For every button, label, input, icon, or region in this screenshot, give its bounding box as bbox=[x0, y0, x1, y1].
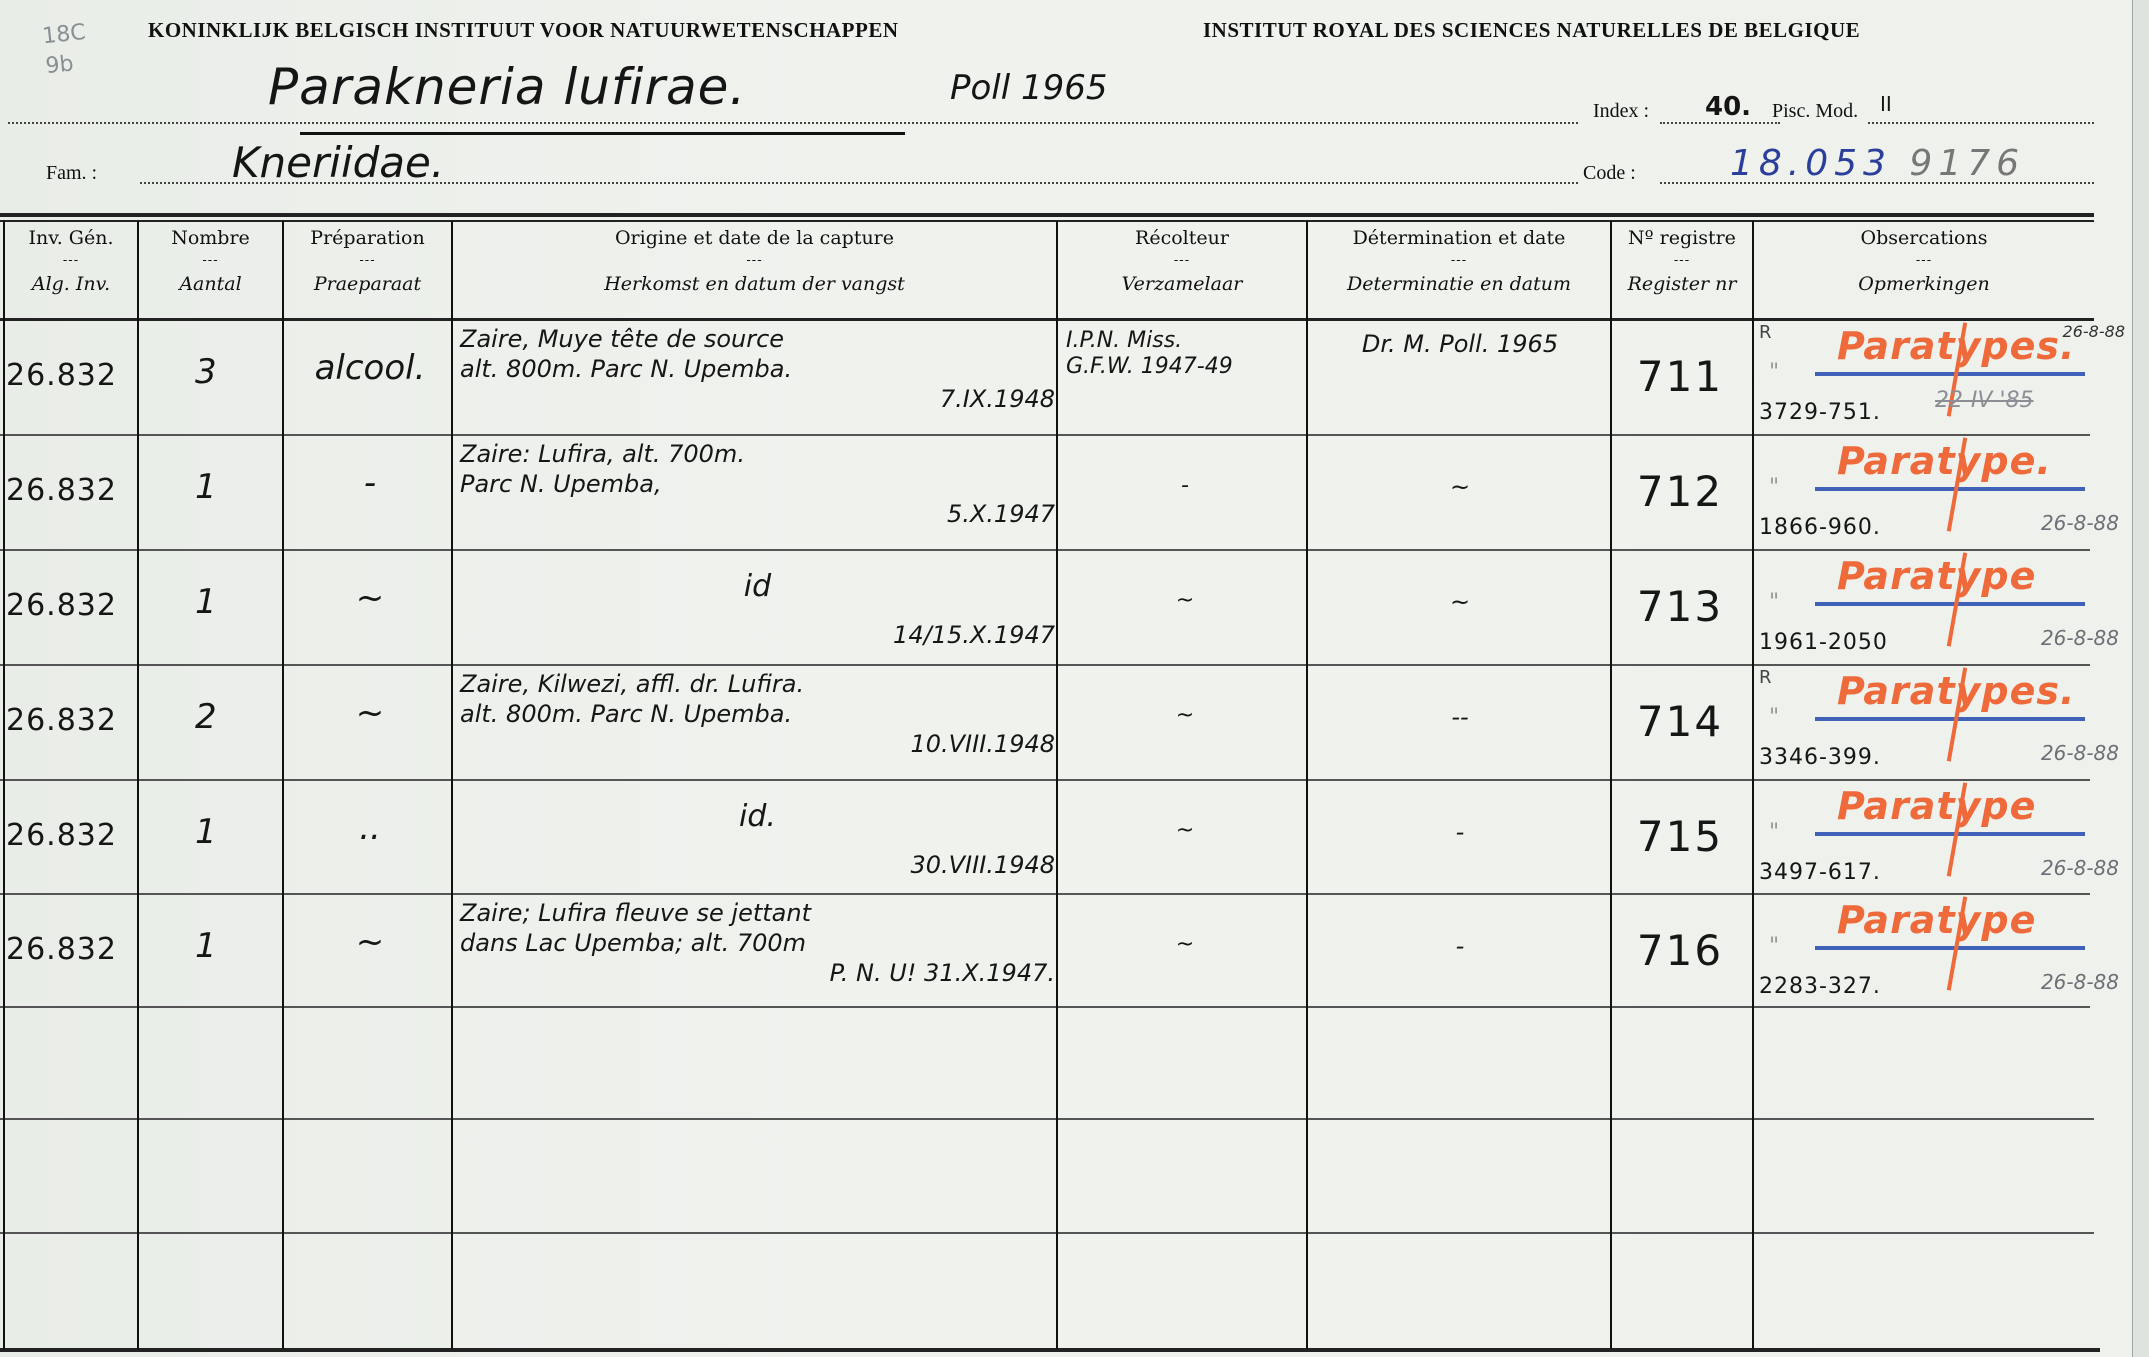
capture-date: 7.IX.1948 bbox=[460, 384, 1055, 414]
collector-text: ~ bbox=[1060, 703, 1310, 729]
type-status: Paratype bbox=[1837, 554, 2036, 598]
header-nl: Register nr bbox=[1612, 272, 1752, 296]
capture-date: P. N. U! 31.X.1947. bbox=[460, 958, 1055, 988]
family-value: Kneriidae. bbox=[232, 138, 444, 187]
origin-text: Zaire, Kilwezi, affl. dr. Lufira. bbox=[460, 669, 1055, 699]
blue-underline bbox=[1815, 372, 2085, 376]
collector-text: ~ bbox=[1060, 588, 1310, 614]
collector-text: G.F.W. 1947-49 bbox=[1066, 354, 1316, 380]
blue-underline bbox=[1815, 832, 2085, 836]
header-nl: Praeparaat bbox=[284, 272, 451, 296]
row-rule bbox=[0, 434, 2090, 436]
annotation-date: 26-8-88 bbox=[2041, 856, 2119, 880]
header-determination: Détermination et date --- Determinatie e… bbox=[1308, 222, 1610, 318]
collector-text: I.P.N. Miss. bbox=[1066, 328, 1316, 354]
determination: - bbox=[1310, 818, 1610, 846]
table-row: 26.8321~id14/15.X.1947~~713"Paratype1961… bbox=[0, 552, 2100, 664]
header-inv: Inv. Gén. --- Alg. Inv. bbox=[5, 222, 137, 318]
species-author: Poll 1965 bbox=[950, 68, 1108, 108]
register-number: 712 bbox=[1615, 467, 1745, 516]
origin-text: id. bbox=[460, 802, 1055, 832]
ditto-mark: " bbox=[1769, 820, 1779, 845]
header-fr: Récolteur bbox=[1058, 226, 1306, 250]
row-rule bbox=[0, 664, 2090, 666]
register-number: 716 bbox=[1615, 926, 1745, 975]
header-fr: Nombre bbox=[139, 226, 282, 250]
observations: R"Paratypes.3346-399.26-8-88 bbox=[1755, 667, 2125, 779]
header-sep: --- bbox=[139, 254, 282, 268]
code-value-blue: 18.053 bbox=[1730, 143, 1892, 184]
origin-and-date: id.30.VIII.1948 bbox=[460, 784, 1055, 880]
institute-name-fr: INSTITUT ROYAL DES SCIENCES NATURELLES D… bbox=[1203, 18, 1860, 43]
table-top-rule bbox=[0, 213, 2094, 217]
preparation: ~ bbox=[300, 578, 440, 618]
row-rule bbox=[0, 1232, 2094, 1234]
table-row: 26.8322~Zaire, Kilwezi, affl. dr. Lufira… bbox=[0, 667, 2100, 779]
observations: "Paratype3497-617.26-8-88 bbox=[1755, 782, 2125, 894]
collector: ~ bbox=[1060, 932, 1310, 958]
header-nl: Verzamelaar bbox=[1058, 272, 1306, 296]
collector: ~ bbox=[1060, 703, 1310, 729]
origin-text: Zaire: Lufira, alt. 700m. bbox=[460, 439, 1055, 469]
pisc-mod-value: II bbox=[1880, 92, 1892, 116]
header-sep: --- bbox=[1612, 254, 1752, 268]
family-label: Fam. : bbox=[46, 162, 97, 185]
header-fr: Préparation bbox=[284, 226, 451, 250]
header-fr: Nº registre bbox=[1612, 226, 1752, 250]
margin-note-line: 9b bbox=[44, 48, 90, 82]
catalog-range: 1961-2050 bbox=[1759, 630, 1888, 655]
header-count: Nombre --- Aantal bbox=[139, 222, 282, 318]
header-sep: --- bbox=[1308, 254, 1610, 268]
pisc-mod-dotline bbox=[1868, 122, 2094, 124]
row-rule bbox=[0, 1118, 2094, 1120]
determination: -- bbox=[1310, 703, 1610, 731]
annotation-date: 26-8-88 bbox=[2041, 970, 2119, 994]
specimen-card: 18C 9b KONINKLIJK BELGISCH INSTITUUT VOO… bbox=[0, 0, 2149, 1357]
blue-underline bbox=[1815, 717, 2085, 721]
inv-number: 26.832 bbox=[6, 588, 117, 623]
index-label: Index : bbox=[1593, 100, 1649, 123]
type-status: Paratype bbox=[1837, 898, 2036, 942]
table-row: 26.8321~Zaire; Lufira fleuve se jettantd… bbox=[0, 896, 2100, 1008]
origin-and-date: Zaire: Lufira, alt. 700m.Parc N. Upemba,… bbox=[460, 439, 1055, 529]
catalog-range: 3729-751. bbox=[1759, 400, 1881, 425]
preparation: .. bbox=[300, 808, 440, 848]
origin-and-date: Zaire, Muye tête de sourcealt. 800m. Par… bbox=[460, 324, 1055, 414]
inv-number: 26.832 bbox=[6, 358, 117, 393]
origin-text: alt. 800m. Parc N. Upemba. bbox=[460, 354, 1055, 384]
header-register: Nº registre --- Register nr bbox=[1612, 222, 1752, 318]
code-value-grey: 9176 bbox=[1909, 143, 2025, 184]
origin-text: alt. 800m. Parc N. Upemba. bbox=[460, 699, 1055, 729]
origin-and-date: id14/15.X.1947 bbox=[460, 554, 1055, 650]
register-number: 715 bbox=[1615, 812, 1745, 861]
blue-underline bbox=[1815, 487, 2085, 491]
observations: "Paratype2283-327.26-8-88 bbox=[1755, 896, 2125, 1008]
header-nl: Herkomst en datum der vangst bbox=[453, 272, 1056, 296]
margin-note-line: 18C bbox=[41, 18, 87, 52]
capture-date: 5.X.1947 bbox=[460, 499, 1055, 529]
header-observations: Obsercations --- Opmerkingen bbox=[1754, 222, 2094, 318]
header-sep: --- bbox=[284, 254, 451, 268]
annotation-date: 26-8-88 bbox=[2041, 511, 2119, 535]
blue-underline bbox=[1815, 602, 2085, 606]
row-rule bbox=[0, 779, 2090, 781]
header-sep: --- bbox=[453, 254, 1056, 268]
header-collector: Récolteur --- Verzamelaar bbox=[1058, 222, 1306, 318]
index-dotline bbox=[1660, 122, 1780, 124]
collector-text: - bbox=[1060, 473, 1310, 499]
origin-text: Zaire, Muye tête de source bbox=[460, 324, 1055, 354]
catalog-range: 3497-617. bbox=[1759, 860, 1881, 885]
specimen-count: 1 bbox=[195, 467, 217, 507]
collector: I.P.N. Miss.G.F.W. 1947-49 bbox=[1060, 328, 1316, 380]
header-sep: --- bbox=[1058, 254, 1306, 268]
inv-number: 26.832 bbox=[6, 703, 117, 738]
specimen-count: 1 bbox=[195, 812, 217, 852]
preparation: alcool. bbox=[300, 348, 440, 388]
table-row: 26.8321..id.30.VIII.1948~-715"Paratype34… bbox=[0, 782, 2100, 894]
determination: ~ bbox=[1310, 473, 1610, 501]
header-nl: Determinatie en datum bbox=[1308, 272, 1610, 296]
header-nl: Opmerkingen bbox=[1754, 272, 2094, 296]
preparation: - bbox=[300, 463, 440, 503]
ditto-mark: " bbox=[1769, 475, 1779, 500]
row-rule bbox=[0, 549, 2090, 551]
type-status: Paratype bbox=[1837, 784, 2036, 828]
catalog-range: 1866-960. bbox=[1759, 515, 1881, 540]
preparation: ~ bbox=[300, 693, 440, 733]
collector: ~ bbox=[1060, 818, 1310, 844]
table-bottom-rule bbox=[0, 1348, 2100, 1352]
inv-number: 26.832 bbox=[6, 818, 117, 853]
register-number: 714 bbox=[1615, 697, 1745, 746]
origin-text: Parc N. Upemba, bbox=[460, 469, 1055, 499]
catalog-range: 3346-399. bbox=[1759, 745, 1881, 770]
header-sep: --- bbox=[5, 254, 137, 268]
specimen-count: 2 bbox=[195, 697, 217, 737]
header-fr: Détermination et date bbox=[1308, 226, 1610, 250]
inv-number: 26.832 bbox=[6, 473, 117, 508]
origin-text: Zaire; Lufira fleuve se jettant bbox=[460, 898, 1055, 928]
capture-date: 30.VIII.1948 bbox=[460, 850, 1055, 880]
annotation-date: 26-8-88 bbox=[2063, 322, 2125, 341]
header-nl: Alg. Inv. bbox=[5, 272, 137, 296]
species-underline bbox=[300, 132, 905, 135]
header-fr: Inv. Gén. bbox=[5, 226, 137, 250]
code-value: 18.053 9176 bbox=[1730, 143, 2025, 184]
r-mark: R bbox=[1759, 322, 1772, 343]
collector: ~ bbox=[1060, 588, 1310, 614]
observations: "Paratype1961-205026-8-88 bbox=[1755, 552, 2125, 664]
specimen-count: 1 bbox=[195, 582, 217, 622]
ditto-mark: " bbox=[1769, 934, 1779, 959]
determination: Dr. M. Poll. 1965 bbox=[1310, 330, 1610, 358]
institute-name-nl: KONINKLIJK BELGISCH INSTITUUT VOOR NATUU… bbox=[148, 18, 899, 43]
collector-text: ~ bbox=[1060, 932, 1310, 958]
annotation-date: 26-8-88 bbox=[2041, 626, 2119, 650]
header-origin: Origine et date de la capture --- Herkom… bbox=[453, 222, 1056, 318]
header-nl: Aantal bbox=[139, 272, 282, 296]
margin-note: 18C 9b bbox=[41, 18, 90, 82]
old-date-struck: 22-IV '85 bbox=[1935, 388, 2034, 413]
type-status: Paratype. bbox=[1837, 439, 2052, 483]
ditto-mark: " bbox=[1769, 590, 1779, 615]
specimen-count: 3 bbox=[195, 352, 217, 392]
origin-and-date: Zaire, Kilwezi, affl. dr. Lufira.alt. 80… bbox=[460, 669, 1055, 759]
annotation-date: 26-8-88 bbox=[2041, 741, 2119, 765]
observations: "Paratype.1866-960.26-8-88 bbox=[1755, 437, 2125, 549]
ditto-mark: " bbox=[1769, 360, 1779, 385]
blue-underline bbox=[1815, 946, 2085, 950]
header-bottom-rule bbox=[0, 318, 2094, 321]
observations: R"Paratypes.3729-751.22-IV '8526-8-88 bbox=[1755, 322, 2125, 434]
index-value: 40. bbox=[1705, 92, 1751, 122]
catalog-range: 2283-327. bbox=[1759, 974, 1881, 999]
r-mark: R bbox=[1759, 667, 1772, 688]
table-row: 26.8321-Zaire: Lufira, alt. 700m.Parc N.… bbox=[0, 437, 2100, 549]
inv-number: 26.832 bbox=[6, 932, 117, 967]
collector: - bbox=[1060, 473, 1310, 499]
header-preparation: Préparation --- Praeparaat bbox=[284, 222, 451, 318]
preparation: ~ bbox=[300, 922, 440, 962]
determination: - bbox=[1310, 932, 1610, 960]
capture-date: 14/15.X.1947 bbox=[460, 620, 1055, 650]
collector-text: ~ bbox=[1060, 818, 1310, 844]
determination: ~ bbox=[1310, 588, 1610, 616]
capture-date: 10.VIII.1948 bbox=[460, 729, 1055, 759]
table-row: 26.8323alcool.Zaire, Muye tête de source… bbox=[0, 322, 2100, 434]
origin-text: id bbox=[460, 572, 1055, 602]
species-name: Parakneria lufirae. bbox=[268, 58, 746, 116]
species-dotline bbox=[8, 122, 1578, 124]
code-label: Code : bbox=[1583, 162, 1636, 185]
register-number: 713 bbox=[1615, 582, 1745, 631]
header-fr: Obsercations bbox=[1754, 226, 2094, 250]
origin-and-date: Zaire; Lufira fleuve se jettantdans Lac … bbox=[460, 898, 1055, 988]
header-fr: Origine et date de la capture bbox=[453, 226, 1056, 250]
card-edge bbox=[2132, 0, 2149, 1357]
origin-text: dans Lac Upemba; alt. 700m bbox=[460, 928, 1055, 958]
specimen-count: 1 bbox=[195, 926, 217, 966]
header-sep: --- bbox=[1754, 254, 2094, 268]
pisc-mod-label: Pisc. Mod. bbox=[1772, 100, 1858, 123]
ditto-mark: " bbox=[1769, 705, 1779, 730]
register-number: 711 bbox=[1615, 352, 1745, 401]
